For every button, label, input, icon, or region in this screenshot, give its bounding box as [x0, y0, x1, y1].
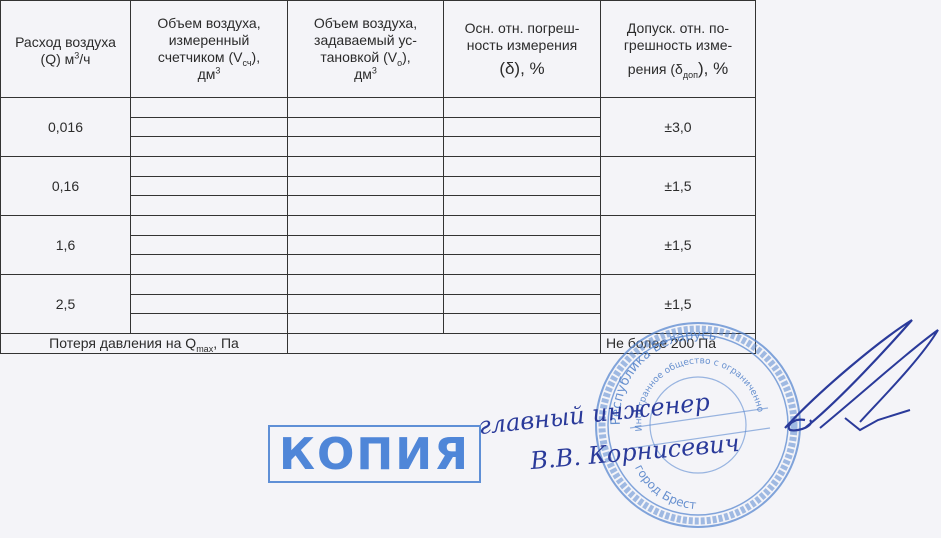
label-text: Потеря давления на Q	[49, 335, 196, 351]
svg-text:город Брест: город Брест	[632, 462, 697, 512]
hdr-text: Допуск. отн. по-	[627, 20, 729, 36]
hdr-text: Объем воздуха,	[157, 15, 260, 31]
header-row: Расход воздуха (Q) м3/ч Объем воздуха, и…	[1, 1, 756, 98]
hdr-unit: дм	[354, 66, 372, 82]
hdr-text: ),	[402, 49, 411, 65]
flow-value: 0,016	[1, 98, 131, 157]
sub: доп	[683, 70, 698, 80]
error-cell	[444, 157, 601, 216]
hdr-unit: дм	[198, 66, 216, 82]
label-text: , Па	[213, 335, 239, 351]
set-volume-cell	[288, 275, 444, 334]
hdr-text: Осн. отн. погреш-	[465, 20, 580, 36]
header-flow: Расход воздуха (Q) м3/ч	[1, 1, 131, 98]
hdr-text: рения (δ	[628, 61, 683, 77]
measured-volume-cell	[131, 275, 288, 334]
hdr-text: ),	[252, 49, 261, 65]
measured-volume-cell	[131, 216, 288, 275]
table-row: 1,6±1,5	[1, 216, 756, 275]
header-base-error: Осн. отн. погреш- ность измерения (δ), %	[444, 1, 601, 98]
calibration-table: Расход воздуха (Q) м3/ч Объем воздуха, и…	[0, 0, 756, 354]
table-row: 0,016±3,0	[1, 98, 756, 157]
hdr-text: счетчиком (V	[158, 49, 243, 65]
error-cell	[444, 216, 601, 275]
tolerance-value: ±1,5	[601, 216, 756, 275]
hdr-text: тановкой (V	[320, 49, 397, 65]
hdr-text: измеренный	[169, 32, 250, 48]
tolerance-value: ±3,0	[601, 98, 756, 157]
set-volume-cell	[288, 157, 444, 216]
flow-value: 0,16	[1, 157, 131, 216]
header-measured-volume: Объем воздуха, измеренный счетчиком (Vсч…	[131, 1, 288, 98]
header-flow-line2: (Q) м	[41, 51, 75, 67]
header-set-volume: Объем воздуха, задаваемый ус- тановкой (…	[288, 1, 444, 98]
signature-icon	[760, 300, 941, 440]
pressure-loss-blank	[288, 334, 601, 354]
measured-volume-cell	[131, 157, 288, 216]
measured-volume-cell	[131, 98, 288, 157]
header-tolerance: Допуск. отн. по- грешность изме- рения (…	[601, 1, 756, 98]
flow-value: 2,5	[1, 275, 131, 334]
flow-value: 1,6	[1, 216, 131, 275]
table-row: 0,16±1,5	[1, 157, 756, 216]
hdr-text: грешность изме-	[624, 37, 732, 53]
hdr-text: Объем воздуха,	[314, 15, 417, 31]
hdr-formula: рения (δдоп), %	[628, 60, 728, 78]
tolerance-value: ±1,5	[601, 157, 756, 216]
sup: 3	[215, 65, 220, 75]
error-cell	[444, 275, 601, 334]
sub: max	[196, 344, 213, 354]
header-flow-tail: /ч	[79, 51, 90, 67]
hdr-formula: (δ), %	[499, 60, 544, 77]
hdr-text: ность измерения	[467, 37, 577, 53]
set-volume-cell	[288, 98, 444, 157]
error-cell	[444, 98, 601, 157]
pressure-loss-label: Потеря давления на Qmax, Па	[1, 334, 288, 354]
hdr-text: ), %	[698, 59, 728, 78]
copy-stamp: КОПИЯ	[268, 425, 481, 483]
set-volume-cell	[288, 216, 444, 275]
sup: 3	[372, 65, 377, 75]
header-flow-line1: Расход воздуха	[15, 34, 116, 50]
copy-stamp-text: КОПИЯ	[279, 429, 470, 480]
hdr-text: задаваемый ус-	[314, 32, 417, 48]
sub: сч	[242, 58, 251, 68]
